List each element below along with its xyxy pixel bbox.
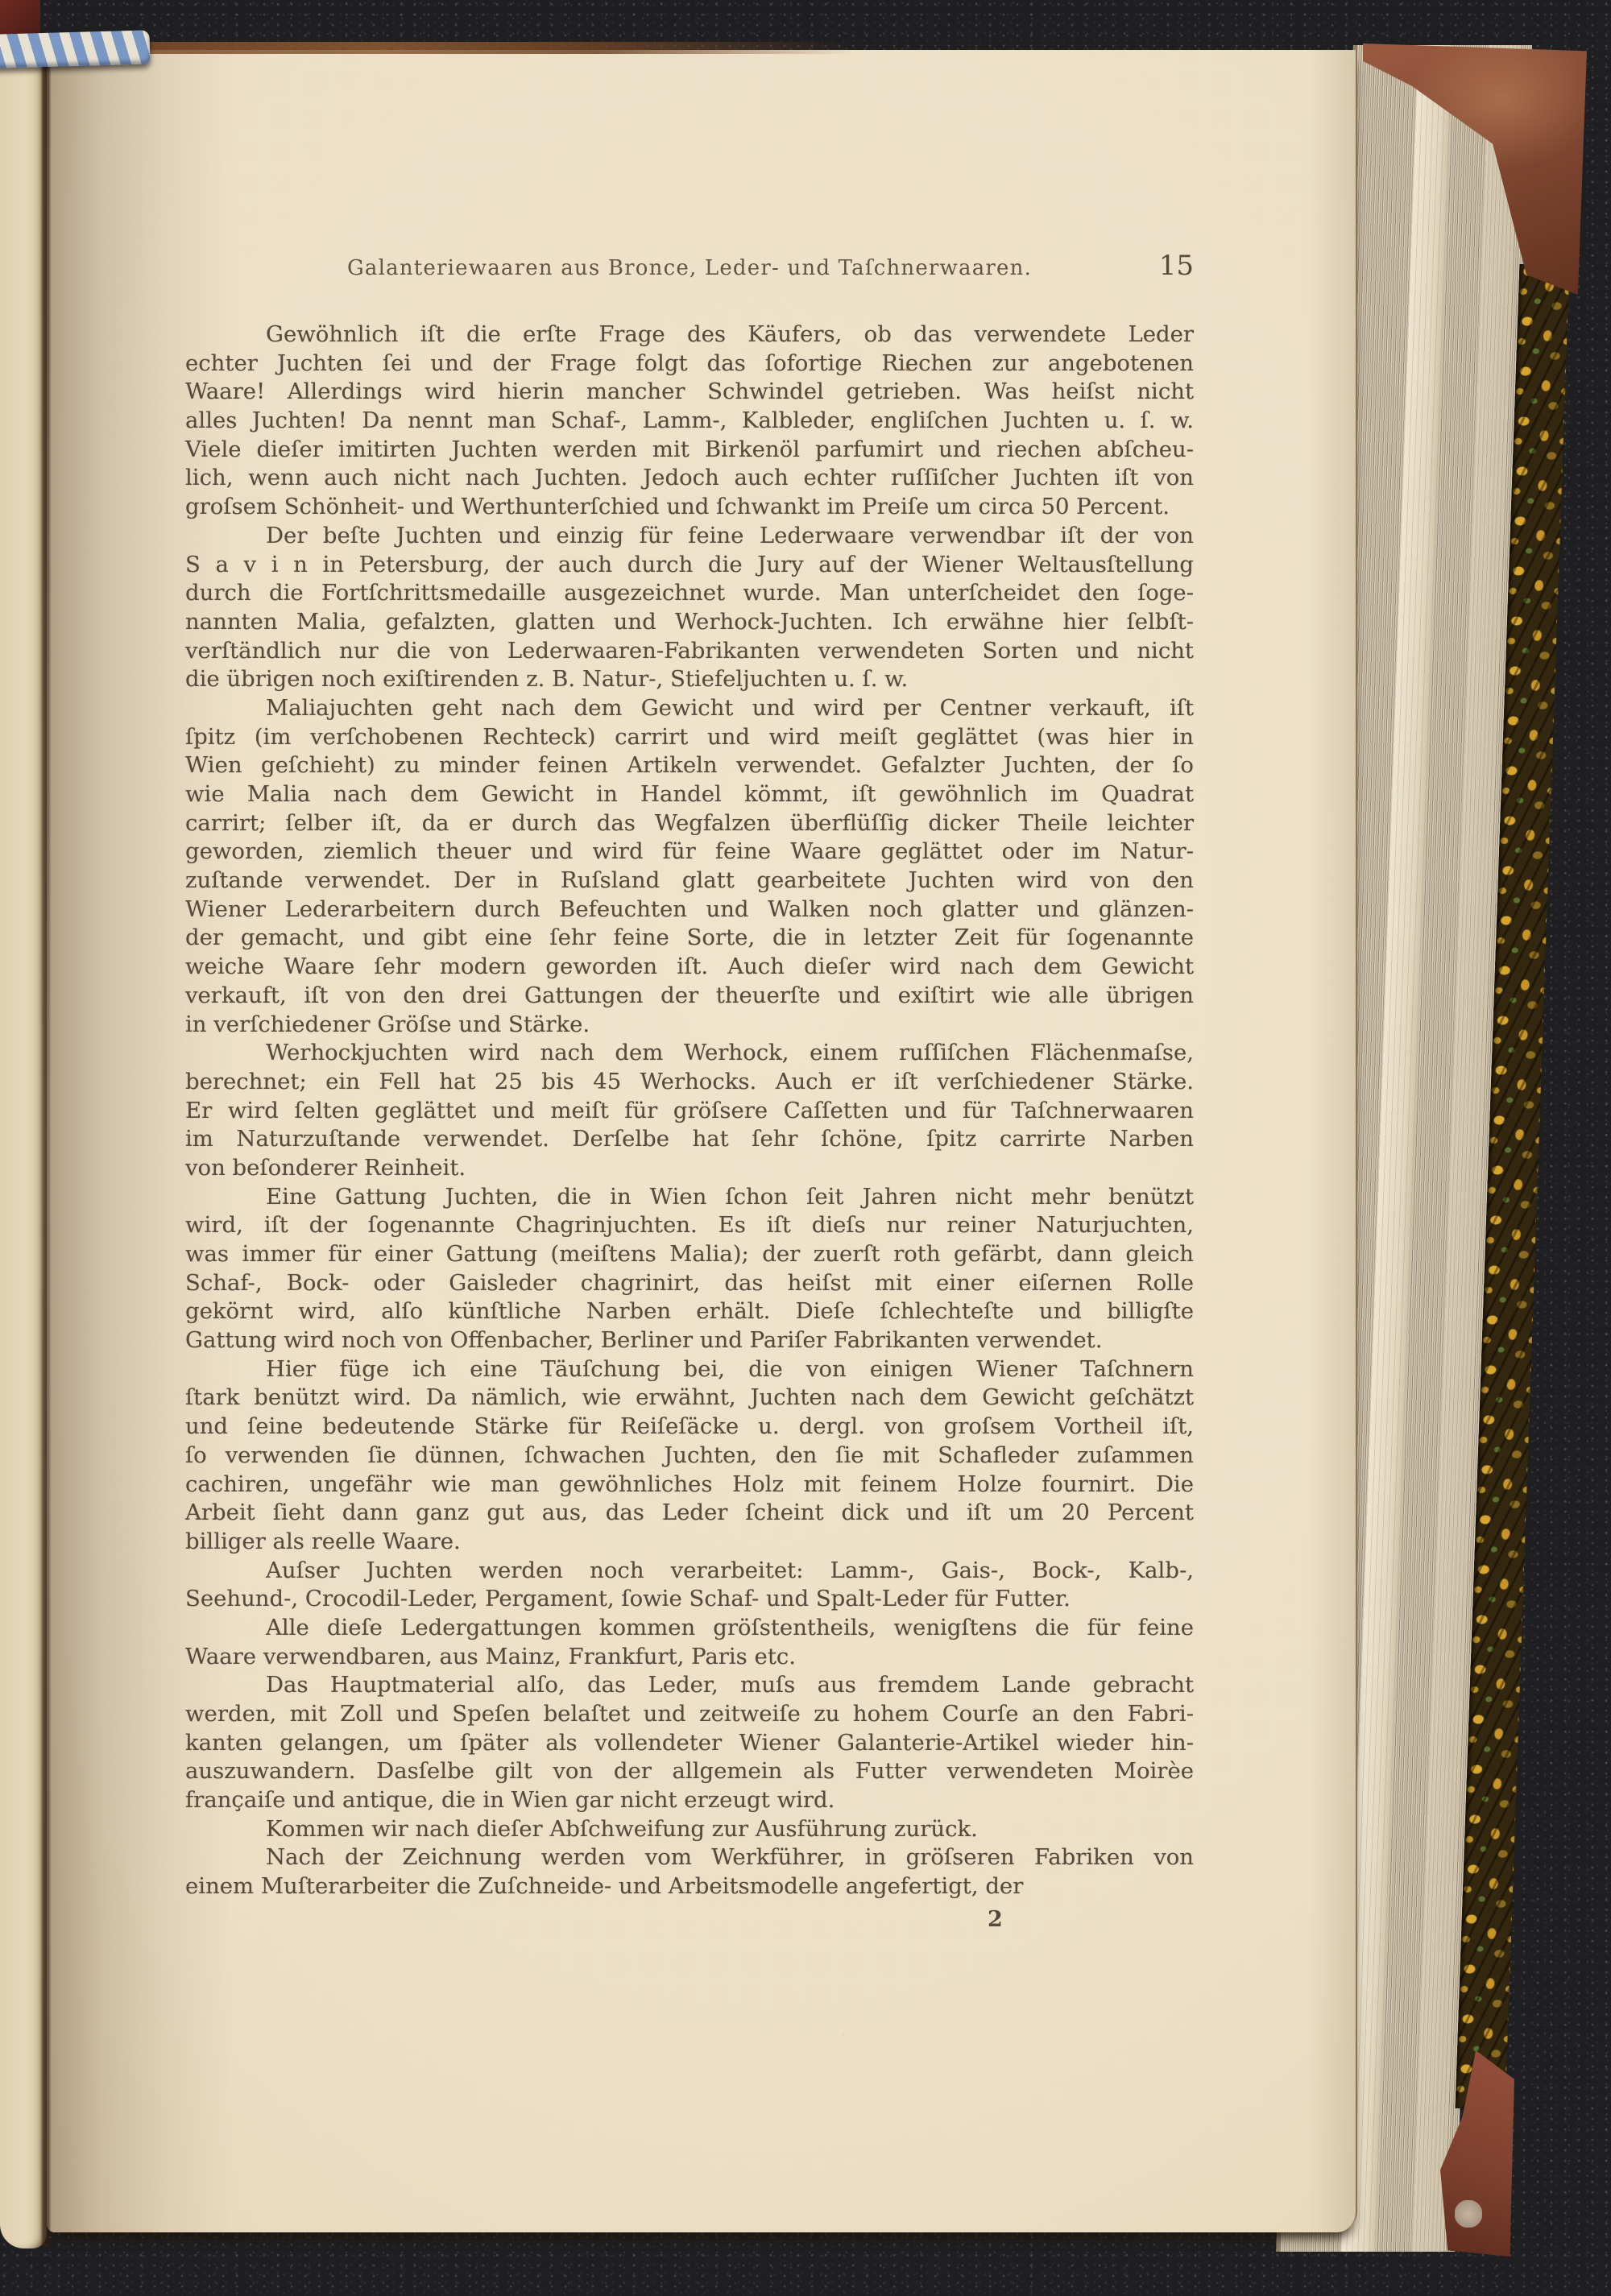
text-line: S a v i n in Petersburg, der auch durch … (185, 551, 1194, 580)
text-line: Gewöhnlich iſt die erſte Frage des Käufe… (185, 321, 1194, 350)
text-line: Nach der Zeichnung werden vom Werkführer… (185, 1843, 1194, 1872)
text-line: Waare! Allerdings wird hierin mancher Sc… (185, 378, 1194, 407)
paragraph: Kommen wir nach dieſer Abſchweifung zur … (185, 1815, 1194, 1844)
text-line: Hier füge ich eine Täuſchung bei, die vo… (185, 1355, 1194, 1384)
text-line: ſtark benützt wird. Da nämlich, wie erwä… (185, 1384, 1194, 1413)
paragraph: Alle dieſe Ledergattungen kommen gröſste… (185, 1614, 1194, 1671)
paragraph: Maliajuchten geht nach dem Gewicht und w… (185, 694, 1194, 1039)
text-line: wie Malia nach dem Gewicht in Handel köm… (185, 780, 1194, 809)
text-line: billiger als reelle Waare. (185, 1528, 1194, 1557)
paragraph: Gewöhnlich iſt die erſte Frage des Käufe… (185, 321, 1194, 522)
paragraph: Hier füge ich eine Täuſchung bei, die vo… (185, 1355, 1194, 1557)
text-line: Seehund-, Crocodil-Leder, Pergament, ſow… (185, 1585, 1194, 1614)
paragraph: Nach der Zeichnung werden vom Werkführer… (185, 1843, 1194, 1901)
gutter-shadow (42, 40, 50, 2248)
text-line: kanten gelangen, um ſpäter als vollendet… (185, 1729, 1194, 1758)
text-line: verſtändlich nur die von Lederwaaren-Fab… (185, 637, 1194, 666)
text-line: der gemacht, und gibt eine ſehr feine So… (185, 924, 1194, 953)
text-line: françaiſe und antique, die in Wien gar n… (185, 1786, 1194, 1815)
paragraph: Werhockjuchten wird nach dem Werhock, ei… (185, 1039, 1194, 1182)
text-line: ſpitz (im verſchobenen Rechteck) carrirt… (185, 723, 1194, 752)
text-line: einem Muſterarbeiter die Zuſchneide- und… (185, 1872, 1194, 1901)
running-header: Galanteriewaaren aus Bronce, Leder- und … (185, 256, 1194, 280)
text-line: Maliajuchten geht nach dem Gewicht und w… (185, 694, 1194, 723)
text-line: geworden, ziemlich theuer und wird für f… (185, 838, 1194, 867)
text-line: Wiener Lederarbeitern durch Befeuchten u… (185, 896, 1194, 925)
text-line: berechnet; ein Fell hat 25 bis 45 Werhoc… (185, 1068, 1194, 1097)
text-line: und ſeine bedeutende Stärke für Reiſeſäc… (185, 1413, 1194, 1442)
signature-mark: 2 (988, 1907, 1003, 1932)
text-line: echter Juchten ſei und der Frage folgt d… (185, 350, 1194, 379)
text-line: durch die Fortſchrittsmedaille ausgezeic… (185, 579, 1194, 608)
text-line: nannten Malia, gefalzten, glatten und We… (185, 608, 1194, 637)
text-line: zuſtande verwendet. Der in Ruſsland glat… (185, 867, 1194, 896)
text-line: Das Hauptmaterial alſo, das Leder, muſs … (185, 1671, 1194, 1700)
paragraph: Das Hauptmaterial alſo, das Leder, muſs … (185, 1671, 1194, 1814)
text-line: gekörnt wird, alſo künſtliche Narben erh… (185, 1297, 1194, 1326)
paragraph: Eine Gattung Juchten, die in Wien ſchon … (185, 1183, 1194, 1355)
text-line: groſsem Schönheit- und Werthunterſchied … (185, 493, 1194, 522)
page-number: 15 (1159, 250, 1194, 282)
text-line: Schaf-, Bock- oder Gaisleder chagrinirt,… (185, 1269, 1194, 1298)
page-header: Galanteriewaaren aus Bronce, Leder- und … (185, 256, 1194, 321)
text-line: alles Juchten! Da nennt man Schaf-, Lamm… (185, 407, 1194, 436)
text-line: werden, mit Zoll und Speſen belaſtet und… (185, 1700, 1194, 1729)
adjacent-spine-corner (0, 0, 40, 37)
text-line: weiche Waare ſehr modern geworden iſt. A… (185, 953, 1194, 982)
text-line: im Naturzuſtande verwendet. Derſelbe hat… (185, 1125, 1194, 1154)
text-line: Eine Gattung Juchten, die in Wien ſchon … (185, 1183, 1194, 1212)
paragraph: Auſser Juchten werden noch verarbeitet: … (185, 1557, 1194, 1614)
text-line: wird, iſt der ſogenannte Chagrinjuchten.… (185, 1211, 1194, 1240)
facing-page-sliver (0, 37, 47, 2248)
text-line: Auſser Juchten werden noch verarbeitet: … (185, 1557, 1194, 1586)
text-block: Gewöhnlich iſt die erſte Frage des Käufe… (185, 321, 1194, 1901)
text-line: verkauft, iſt von den drei Gattungen der… (185, 982, 1194, 1011)
text-line: auszuwandern. Dasſelbe gilt von der allg… (185, 1757, 1194, 1786)
text-line: Werhockjuchten wird nach dem Werhock, ei… (185, 1039, 1194, 1068)
text-line: Er wird ſelten geglättet und meiſt für g… (185, 1097, 1194, 1126)
text-line: die übrigen noch exiſtirenden z. B. Natu… (185, 665, 1194, 694)
spine-headband (0, 30, 151, 68)
text-line: Wien geſchieht) zu minder feinen Artikel… (185, 751, 1194, 780)
scanned-book-photo: Galanteriewaaren aus Bronce, Leder- und … (0, 0, 1611, 2296)
book-page: Galanteriewaaren aus Bronce, Leder- und … (47, 50, 1357, 2232)
text-line: Arbeit ſieht dann ganz gut aus, das Lede… (185, 1499, 1194, 1528)
text-line: ſo verwenden ſie dünnen, ſchwachen Jucht… (185, 1442, 1194, 1471)
text-line: Viele dieſer imitirten Juchten werden mi… (185, 436, 1194, 465)
text-line: von beſonderer Reinheit. (185, 1154, 1194, 1183)
text-line: was immer für einer Gattung (meiſtens Ma… (185, 1240, 1194, 1269)
text-line: in verſchiedener Gröſse und Stärke. (185, 1011, 1194, 1040)
text-line: Waare verwendbaren, aus Mainz, Frankfurt… (185, 1643, 1194, 1672)
text-line: cachiren, ungefähr wie man gewöhnliches … (185, 1471, 1194, 1500)
text-line: carrirt; ſelber iſt, da er durch das Weg… (185, 809, 1194, 838)
text-line: Kommen wir nach dieſer Abſchweifung zur … (185, 1815, 1194, 1844)
text-line: lich, wenn auch nicht nach Juchten. Jedo… (185, 464, 1194, 493)
text-line: Alle dieſe Ledergattungen kommen gröſste… (185, 1614, 1194, 1643)
text-line: Der beſte Juchten und einzig für feine L… (185, 522, 1194, 551)
page-top-edge-tint (121, 42, 854, 54)
paragraph: Der beſte Juchten und einzig für feine L… (185, 522, 1194, 694)
text-line: Gattung wird noch von Offenbacher, Berli… (185, 1326, 1194, 1355)
